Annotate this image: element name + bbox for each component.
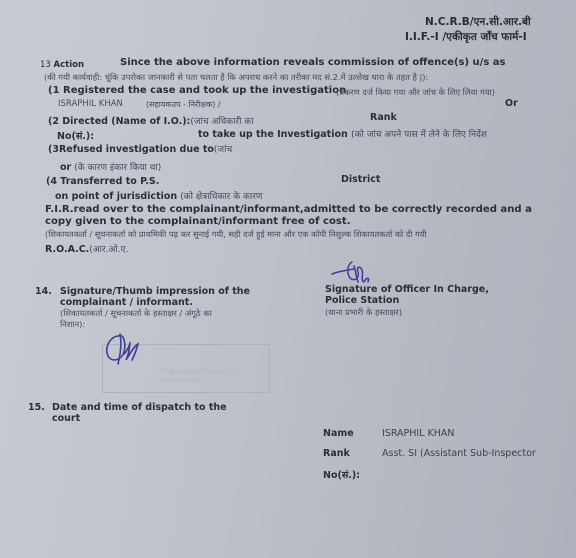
- item2-no-label: No(सं.):: [57, 129, 94, 142]
- item1-officer-rank-hindi: (सहायकउप - निरीक्षक) /: [146, 99, 221, 110]
- section13-number: 13 Action: [40, 60, 84, 70]
- item3-or-text: or: [60, 162, 71, 173]
- roac: R.O.A.C.(आर.ओ.ए.: [45, 242, 128, 255]
- item3-hindi: (जांच: [214, 145, 232, 155]
- item2-text: (2 Directed (Name of I.O.):(जांच अधिकारी…: [48, 114, 254, 127]
- jurisdiction-text: on point of jurisdiction: [55, 191, 177, 202]
- item1-or: Or: [505, 98, 518, 109]
- section15-label-line1: Date and time of dispatch to the: [52, 402, 227, 413]
- section15-number: 15.: [28, 402, 45, 413]
- item4-jurisdiction: on point of jurisdiction (को क्षेत्राधिक…: [55, 189, 262, 202]
- fir-hindi: (शिकायतकर्ता / सूचनाकर्ता को प्राथमिकी प…: [45, 229, 426, 240]
- item2-hindi: (जांच अधिकारी का: [190, 117, 253, 127]
- section14-label-line2: complainant / informant.: [60, 297, 193, 308]
- officer-signature-label-line2: Police Station: [325, 295, 399, 306]
- item2-rank-label: Rank: [370, 112, 397, 123]
- item3-or-hindi: (के कारण इंकार किया था): [74, 163, 161, 173]
- section14-number: 14.: [35, 286, 52, 297]
- officer-rank-value: Asst. SI (Assistant Sub-Inspector: [382, 448, 536, 459]
- section14-hindi-line1: (शिकायतकर्ता / सूचनाकर्ता के हस्ताक्षर /…: [60, 308, 212, 319]
- section-number: 13: [40, 60, 51, 70]
- fir-line1: F.I.R.read over to the complainant/infor…: [45, 204, 532, 215]
- item2-tail: to take up the Investigation (को जांच अप…: [198, 127, 487, 140]
- officer-rank-label: Rank: [323, 448, 350, 459]
- item2-label: (2 Directed (Name of I.O.):: [48, 116, 190, 127]
- officer-signature-label-line1: Signature of Officer In Charge,: [325, 284, 489, 295]
- section-label: Action: [54, 60, 85, 70]
- officer-name-value: ISRAPHIL KHAN: [382, 428, 455, 439]
- complainant-signature-icon: [100, 330, 160, 370]
- item3-or: or (के कारण इंकार किया था): [60, 160, 161, 173]
- section15-label-line2: court: [52, 413, 80, 424]
- item1-officer-name: ISRAPHIL KHAN: [58, 99, 123, 109]
- jurisdiction-hindi: (को क्षेत्राधिकार के कारण: [180, 192, 262, 202]
- section13-hindi: (की गयी कार्यवाही: चूंकि उपरोक्त जानकारी…: [44, 72, 428, 83]
- form-header: I.I.F.-I /एकीकृत जाँच फार्म-I: [405, 30, 527, 44]
- item1-text: (1 Registered the case and took up the i…: [48, 85, 346, 96]
- item2-tail-text: to take up the Investigation: [198, 129, 348, 140]
- section14-hindi-line2: निशान):: [60, 319, 85, 330]
- item3-text: (3Refused investigation due to(जांच: [48, 142, 232, 155]
- officer-no-label: No(सं.):: [323, 468, 360, 481]
- section13-text: Since the above information reveals comm…: [120, 57, 505, 68]
- roac-hindi: (आर.ओ.ए.: [89, 245, 128, 255]
- section14-label-line1: Signature/Thumb impression of the: [60, 286, 250, 297]
- item2-tail-hindi: (को जांच अपने पास में लेने के लिए निर्दे…: [351, 130, 487, 140]
- item4-district-label: District: [341, 174, 380, 185]
- officer-name-label: Name: [323, 428, 354, 439]
- item1-hindi: (प्रकरण दर्ज किया गया और जांच के लिए लिय…: [336, 87, 495, 98]
- fir-line2: copy given to the complainant/informant …: [45, 216, 351, 227]
- roac-text: R.O.A.C.: [45, 244, 89, 255]
- box-faint-text: Signature/Thumb of informant: [161, 367, 269, 385]
- officer-signature-hindi: (थाना प्रभारी के हस्ताक्षर): [325, 307, 402, 318]
- ncrb-header: N.C.R.B/एन.सी.आर.बी: [425, 15, 531, 29]
- item4-text: (4 Transferred to P.S.: [46, 176, 159, 187]
- item3-label: (3Refused investigation due to: [48, 144, 214, 155]
